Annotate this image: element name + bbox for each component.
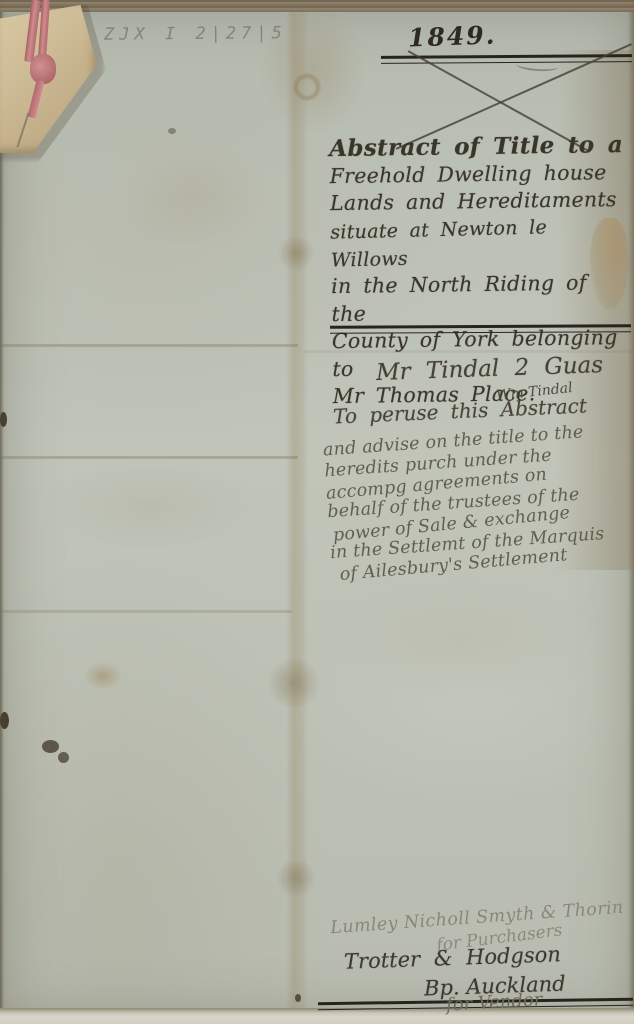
ribbon-knot	[30, 54, 56, 84]
fold-pucker	[278, 236, 314, 270]
year-heading: 1849.	[408, 20, 497, 52]
stain	[40, 460, 260, 550]
title-line: situate at Newton le Willows	[330, 212, 631, 275]
archive-reference: ZJX I 2|27|5	[104, 23, 287, 45]
horizontal-fold-crease	[0, 344, 298, 347]
horizontal-fold-crease	[0, 610, 292, 613]
ink-blot	[295, 994, 301, 1002]
title-line: in the North Riding of the	[331, 269, 632, 328]
title-line: Freehold Dwelling house	[329, 159, 629, 191]
ink-blot	[168, 128, 176, 134]
page-left-edge	[0, 12, 4, 1008]
ink-blot	[42, 740, 59, 753]
stain	[84, 662, 122, 690]
double-rule-under-title	[330, 324, 631, 334]
document-scan: ZJX I 2|27|5 1849. Abstract of Title to …	[0, 0, 634, 1024]
horizontal-fold-crease	[0, 456, 298, 459]
opinion-note-body: and advise on the title to the heredits …	[322, 420, 627, 584]
stain	[330, 580, 590, 700]
ink-blot	[0, 412, 7, 427]
page-bottom-edge	[0, 1008, 634, 1024]
fold-pucker	[276, 860, 316, 896]
vendor-solicitors-signature: Trotter & Hodgson	[344, 942, 562, 974]
fold-pucker	[268, 658, 320, 708]
ink-blot	[58, 752, 69, 763]
vertical-fold-crease	[286, 12, 308, 1008]
title-line: Abstract of Title to a	[329, 131, 629, 163]
page-stack-top-edge	[0, 0, 634, 12]
ink-blot	[0, 712, 9, 729]
stain	[120, 140, 270, 250]
